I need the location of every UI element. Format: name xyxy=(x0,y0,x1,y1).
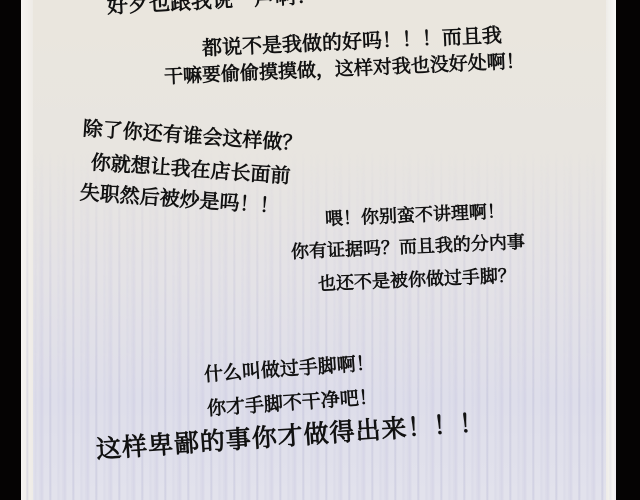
comic-panel: 好歹也跟我说一声啊！ 都说不是我做的好吗！！！而且我 干嘛要偷偷摸摸做，这样对我… xyxy=(21,0,616,500)
dialogue-line: 好歹也跟我说一声啊！ xyxy=(106,0,317,20)
left-black-border xyxy=(0,0,21,500)
right-black-border xyxy=(616,0,640,500)
